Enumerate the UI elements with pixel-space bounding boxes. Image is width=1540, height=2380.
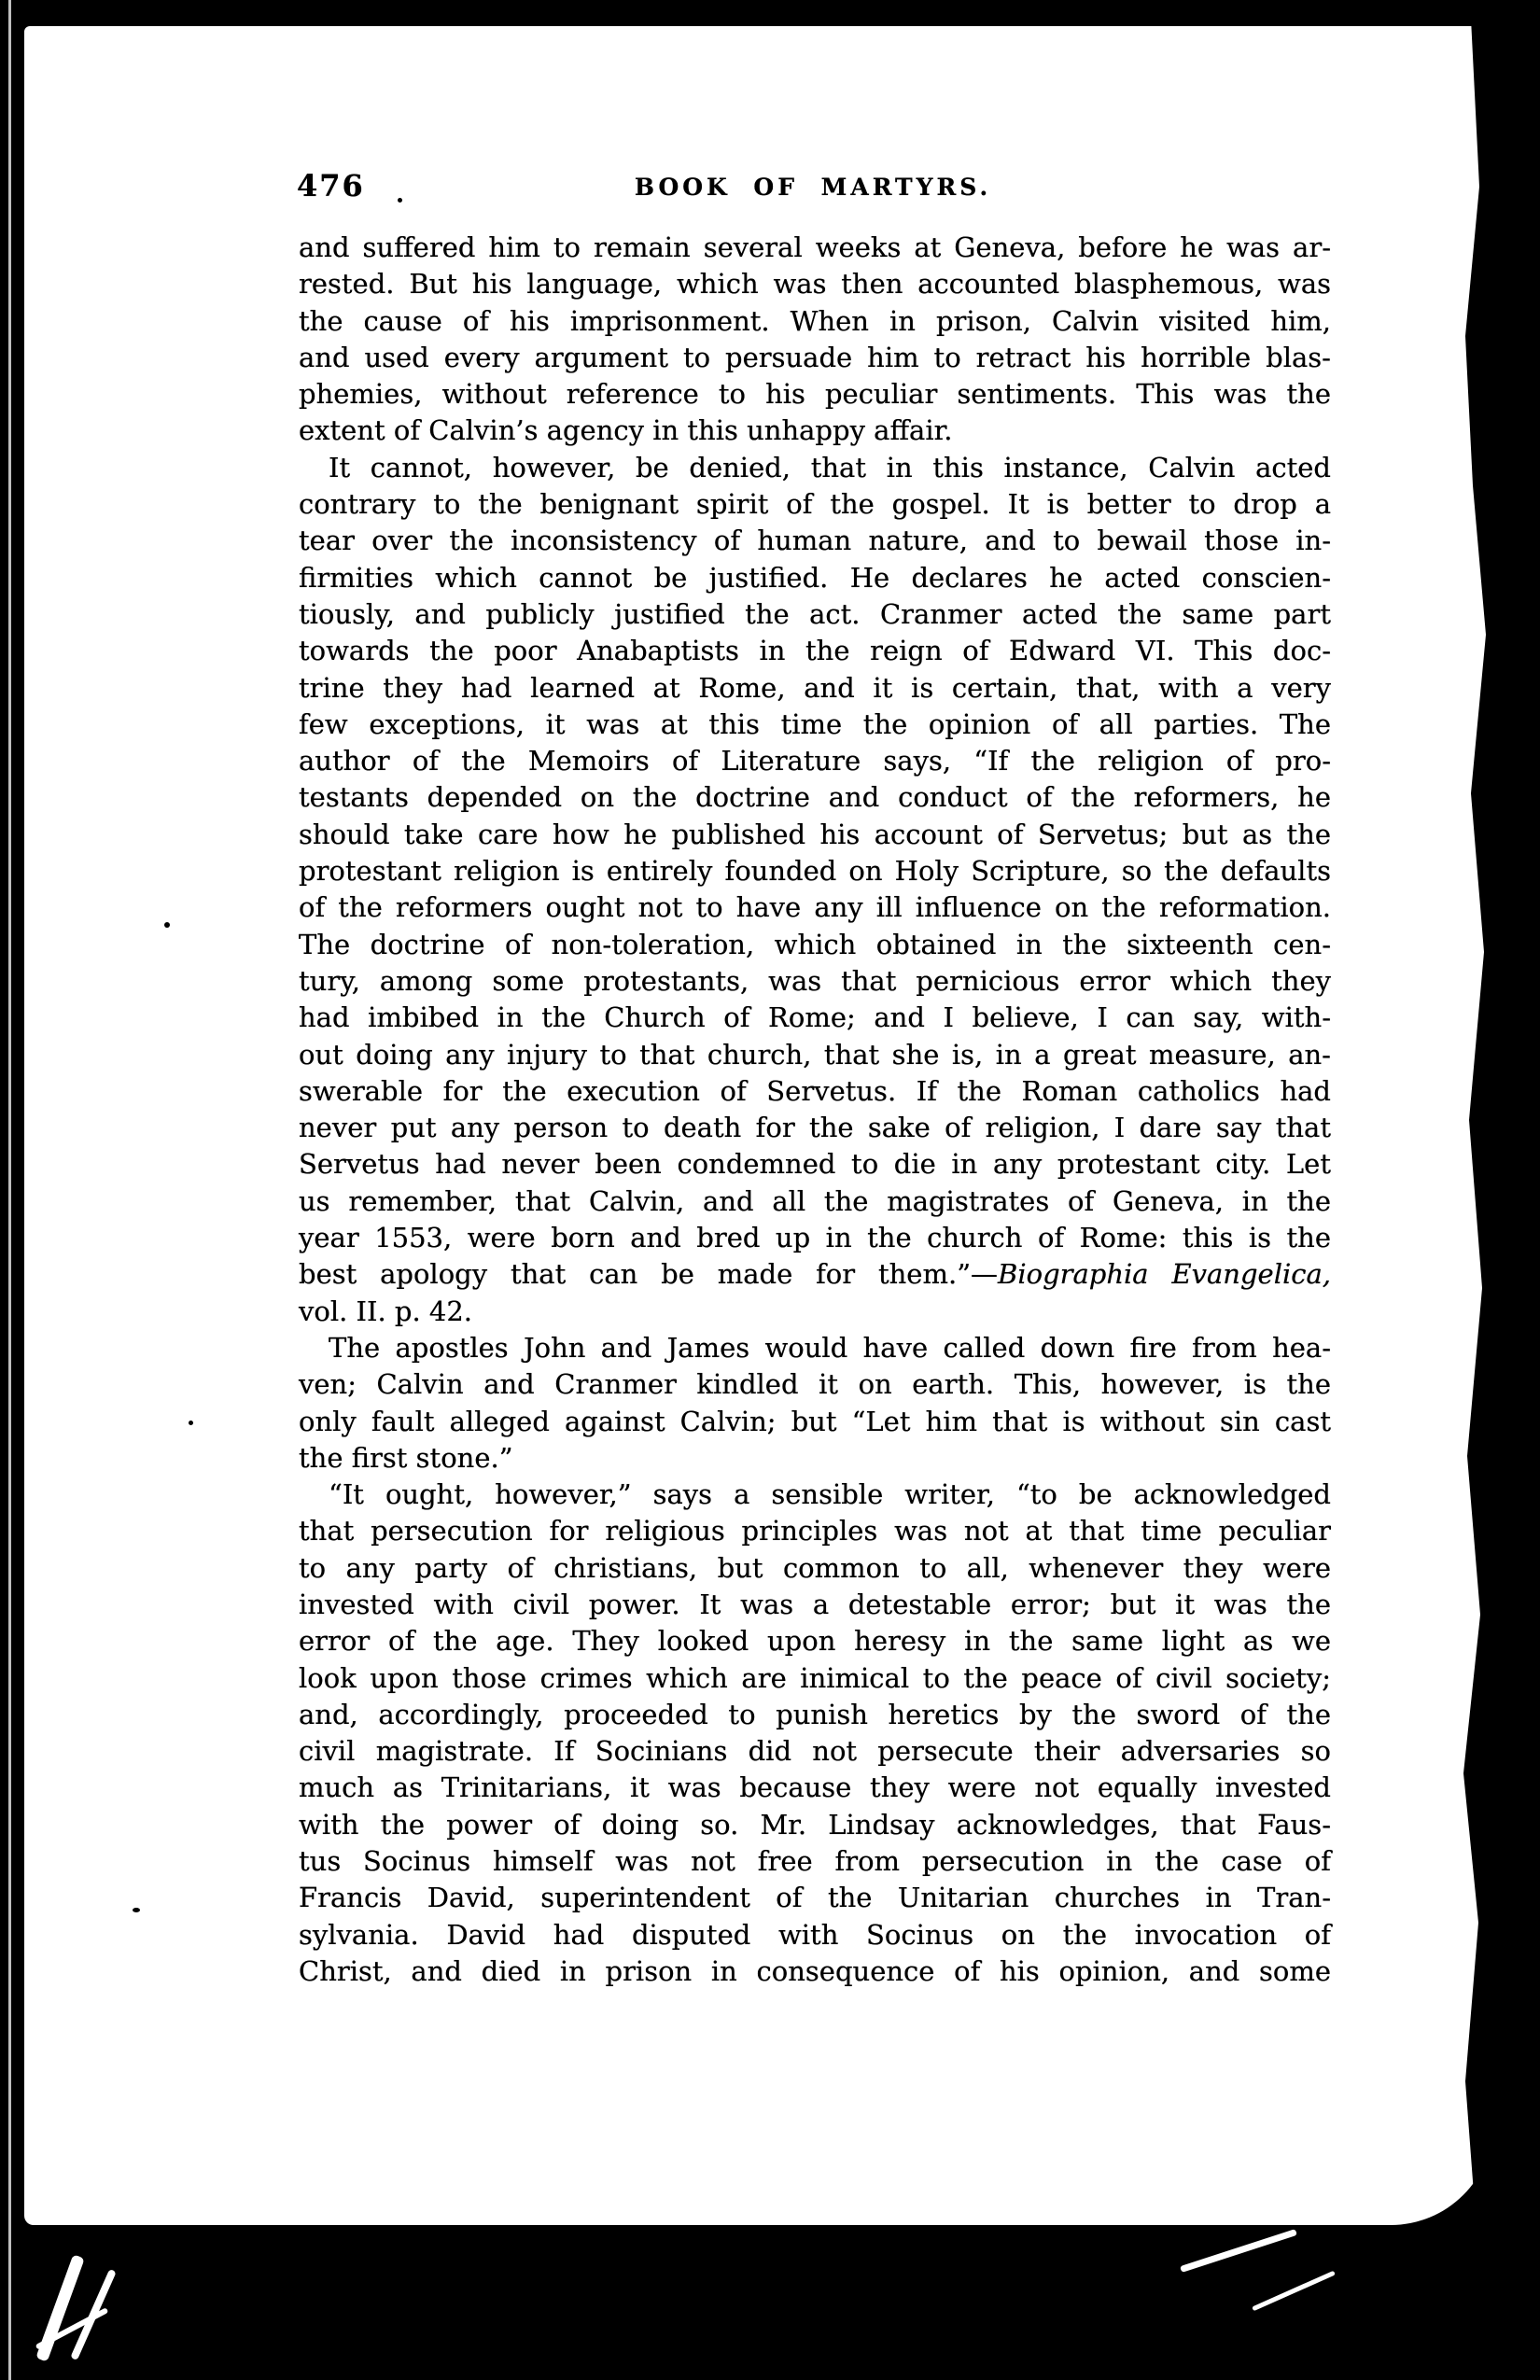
page-header: 476 BOOK OF MARTYRS. xyxy=(24,168,1493,211)
text-line: civil magistrate. If Socinians did not p… xyxy=(299,1733,1331,1770)
text-line: rested. But his language, which was then… xyxy=(299,266,1331,302)
text-line: tus Socinus himself was not free from pe… xyxy=(299,1843,1331,1880)
text-line: tiously, and publicly justified the act.… xyxy=(299,596,1331,633)
text-run: trine they had learned at Rome, and it i… xyxy=(299,672,1331,704)
text-line: us remember, that Calvin, and all the ma… xyxy=(299,1183,1331,1220)
text-line: trine they had learned at Rome, and it i… xyxy=(299,670,1331,707)
text-line: sylvania. David had disputed with Socinu… xyxy=(299,1917,1331,1953)
book-page: 476 BOOK OF MARTYRS. and suffered him to… xyxy=(24,26,1493,2225)
text-run: Servetus had never been condemned to die… xyxy=(299,1148,1331,1180)
scan-artifact-hairline xyxy=(8,0,11,2380)
body-text: and suffered him to remain several weeks… xyxy=(299,230,1331,1990)
text-line: testants depended on the doctrine and co… xyxy=(299,779,1331,816)
scan-border-top xyxy=(0,0,1540,26)
text-run: extent of Calvin’s agency in this unhapp… xyxy=(299,414,953,446)
ink-speck xyxy=(164,922,170,928)
text-run: towards the poor Anabaptists in the reig… xyxy=(299,635,1331,666)
paragraph-2: It cannot, however, be denied, that in t… xyxy=(299,450,1331,1330)
text-run: Francis David, superintendent of the Uni… xyxy=(299,1882,1331,1913)
text-run: tury, among some protestants, was that p… xyxy=(299,965,1331,997)
page-number: 476 xyxy=(297,168,365,203)
italic-citation: Biographia Evangelica, xyxy=(998,1258,1331,1290)
text-line: tear over the inconsistency of human nat… xyxy=(299,523,1331,559)
text-line: The apostles John and James would have c… xyxy=(299,1330,1331,1366)
text-run: The doctrine of non-toleration, which ob… xyxy=(299,929,1331,960)
text-run: to any party of christians, but common t… xyxy=(299,1552,1331,1584)
text-line: best apology that can be made for them.”… xyxy=(299,1256,1331,1293)
text-line: and suffered him to remain several weeks… xyxy=(299,230,1331,266)
text-line: It cannot, however, be denied, that in t… xyxy=(299,450,1331,486)
text-line: with the power of doing so. Mr. Lindsay … xyxy=(299,1807,1331,1843)
text-line: to any party of christians, but common t… xyxy=(299,1550,1331,1587)
text-run: that persecution for religious principle… xyxy=(299,1515,1331,1547)
text-line: ven; Calvin and Cranmer kindled it on ea… xyxy=(299,1366,1331,1403)
text-line: “It ought, however,” says a sensible wri… xyxy=(299,1477,1331,1513)
text-run: the cause of his imprisonment. When in p… xyxy=(299,305,1331,337)
text-run: out doing any injury to that church, tha… xyxy=(299,1039,1331,1071)
text-run: had imbibed in the Church of Rome; and I… xyxy=(299,1001,1331,1033)
text-run: should take care how he published his ac… xyxy=(299,819,1331,850)
text-line: never put any person to death for the sa… xyxy=(299,1110,1331,1146)
text-line: that persecution for religious principle… xyxy=(299,1513,1331,1549)
paragraph-3: The apostles John and James would have c… xyxy=(299,1330,1331,1477)
text-run: the first stone.” xyxy=(299,1442,513,1474)
text-run: look upon those crimes which are inimica… xyxy=(299,1662,1331,1694)
text-line: and, accordingly, proceeded to punish he… xyxy=(299,1697,1331,1733)
text-line: vol. II. p. 42. xyxy=(299,1294,1331,1330)
text-line: error of the age. They looked upon heres… xyxy=(299,1623,1331,1659)
scan-border-bottom xyxy=(0,2223,1540,2380)
text-run: and, accordingly, proceeded to punish he… xyxy=(299,1699,1331,1730)
text-run: and used every argument to persuade him … xyxy=(299,342,1331,373)
text-line: firmities which cannot be justified. He … xyxy=(299,560,1331,596)
text-line: Francis David, superintendent of the Uni… xyxy=(299,1880,1331,1916)
text-line: should take care how he published his ac… xyxy=(299,817,1331,853)
text-run: vol. II. p. 42. xyxy=(299,1295,472,1327)
paragraph-4: “It ought, however,” says a sensible wri… xyxy=(299,1477,1331,1990)
text-run: much as Trinitarians, it was because the… xyxy=(299,1771,1331,1803)
text-run: us remember, that Calvin, and all the ma… xyxy=(299,1185,1331,1217)
text-line: the first stone.” xyxy=(299,1440,1331,1477)
text-run: civil magistrate. If Socinians did not p… xyxy=(299,1735,1331,1767)
text-run: and suffered him to remain several weeks… xyxy=(299,231,1331,263)
text-line: towards the poor Anabaptists in the reig… xyxy=(299,633,1331,669)
scan-root: 476 BOOK OF MARTYRS. and suffered him to… xyxy=(0,0,1540,2380)
text-line: of the reformers ought not to have any i… xyxy=(299,889,1331,926)
text-run: error of the age. They looked upon heres… xyxy=(299,1625,1331,1657)
text-run: author of the Memoirs of Literature says… xyxy=(299,745,1331,777)
text-run: It cannot, however, be denied, that in t… xyxy=(329,452,1331,483)
text-run: never put any person to death for the sa… xyxy=(299,1112,1331,1143)
text-run: invested with civil power. It was a dete… xyxy=(299,1589,1331,1620)
text-run: tear over the inconsistency of human nat… xyxy=(299,525,1331,556)
text-run: sylvania. David had disputed with Socinu… xyxy=(299,1919,1331,1951)
text-line: year 1553, were born and bred up in the … xyxy=(299,1220,1331,1256)
ink-speck xyxy=(189,1421,193,1425)
text-line: out doing any injury to that church, tha… xyxy=(299,1037,1331,1073)
text-line: extent of Calvin’s agency in this unhapp… xyxy=(299,413,1331,449)
text-run: tiously, and publicly justified the act.… xyxy=(299,598,1331,630)
paragraph-1: and suffered him to remain several weeks… xyxy=(299,230,1331,450)
text-line: Christ, and died in prison in consequenc… xyxy=(299,1953,1331,1990)
text-run: swerable for the execution of Servetus. … xyxy=(299,1075,1331,1107)
text-line: author of the Memoirs of Literature says… xyxy=(299,743,1331,779)
text-line: look upon those crimes which are inimica… xyxy=(299,1660,1331,1697)
text-line: protestant religion is entirely founded … xyxy=(299,853,1331,889)
text-run: firmities which cannot be justified. He … xyxy=(299,562,1331,594)
running-title: BOOK OF MARTYRS. xyxy=(547,174,1079,201)
text-line: few exceptions, it was at this time the … xyxy=(299,707,1331,743)
text-line: The doctrine of non-toleration, which ob… xyxy=(299,927,1331,963)
text-line: only fault alleged against Calvin; but “… xyxy=(299,1404,1331,1440)
scanned-page-background: { "scan": { "page_number": "476", "runni… xyxy=(0,0,1540,2380)
text-run: “It ought, however,” says a sensible wri… xyxy=(329,1478,1331,1510)
text-run: The apostles John and James would have c… xyxy=(329,1332,1331,1364)
text-run: rested. But his language, which was then… xyxy=(299,268,1331,300)
text-line: and used every argument to persuade him … xyxy=(299,340,1331,376)
text-line: invested with civil power. It was a dete… xyxy=(299,1587,1331,1623)
text-line: much as Trinitarians, it was because the… xyxy=(299,1770,1331,1806)
text-run: of the reformers ought not to have any i… xyxy=(299,891,1331,923)
text-run: ven; Calvin and Cranmer kindled it on ea… xyxy=(299,1368,1331,1400)
ink-speck xyxy=(398,198,402,203)
text-run: only fault alleged against Calvin; but “… xyxy=(299,1406,1331,1437)
text-run: contrary to the benignant spirit of the … xyxy=(299,488,1331,520)
text-run: with the power of doing so. Mr. Lindsay … xyxy=(299,1809,1331,1841)
text-run: testants depended on the doctrine and co… xyxy=(299,781,1331,813)
text-run: year 1553, were born and bred up in the … xyxy=(299,1222,1331,1253)
ink-speck xyxy=(133,1908,140,1912)
text-run: protestant religion is entirely founded … xyxy=(299,855,1331,887)
text-line: phemies, without reference to his peculi… xyxy=(299,376,1331,413)
text-line: contrary to the benignant spirit of the … xyxy=(299,486,1331,523)
text-run: best apology that can be made for them.”… xyxy=(299,1258,998,1290)
text-line: tury, among some protestants, was that p… xyxy=(299,963,1331,1000)
text-line: had imbibed in the Church of Rome; and I… xyxy=(299,1000,1331,1036)
text-run: tus Socinus himself was not free from pe… xyxy=(299,1845,1331,1877)
scan-border-left xyxy=(0,0,24,2380)
text-line: Servetus had never been condemned to die… xyxy=(299,1146,1331,1183)
text-run: Christ, and died in prison in consequenc… xyxy=(299,1955,1331,1987)
text-run: phemies, without reference to his peculi… xyxy=(299,378,1331,410)
text-line: the cause of his imprisonment. When in p… xyxy=(299,303,1331,340)
text-run: few exceptions, it was at this time the … xyxy=(299,708,1331,740)
text-line: swerable for the execution of Servetus. … xyxy=(299,1073,1331,1110)
